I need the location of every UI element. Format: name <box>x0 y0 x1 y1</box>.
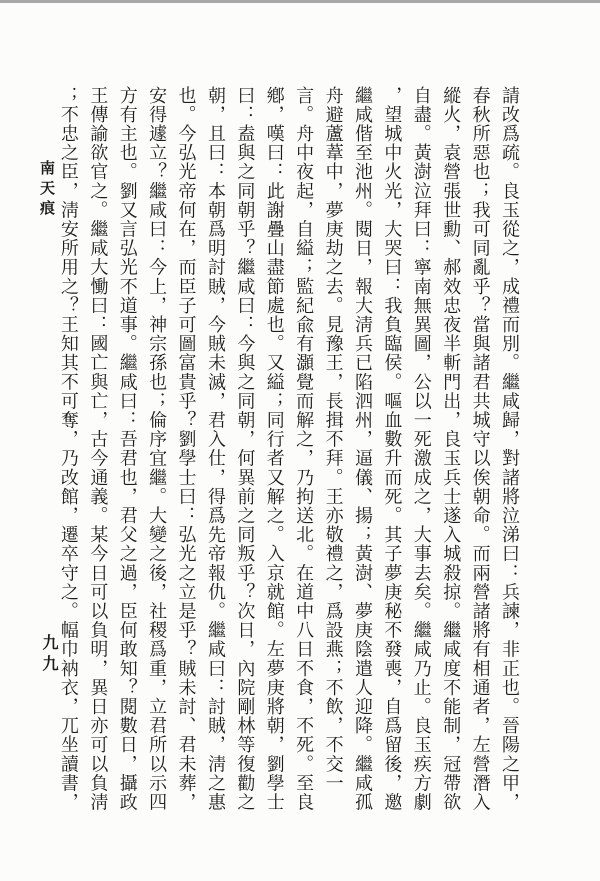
text-column-2: 春秋所惡也；我可同亂乎？當與諸君共城守以俟朝命。而兩營諸將有相通者，左營潛入 <box>465 86 494 826</box>
text-column-9: 鄕，嘆曰：此謝疊山盡節處也。又縊；同行者又解之。入京就館。左夢庚將朝，劉學士 <box>259 86 288 826</box>
text-column-10: 曰：盍與之同朝乎？繼咸曰：今與之同朝，何異前之同叛乎？次日，內院剛林等復勸之 <box>230 86 259 826</box>
text-column-16: ；不忠之臣，淸安所用之？王知其不可奪，乃改館，遷卒守之。幅巾衲衣，兀坐讀書， <box>54 86 83 826</box>
text-column-15: 王傳諭欲官之。繼咸大慟曰：國亡與亡，古今通義。某今日可以負明，異日亦可以負淸 <box>83 86 112 826</box>
text-column-4: 自盡。黃澍泣拜曰：寧南無異圖，公以一死激成之，大事去矣。繼咸乃止。良玉疾方劇 <box>406 86 435 826</box>
text-column-8: 言。舟中夜起，自縊；監紀兪有灝覺而解之，乃拘送北。在道中八日不食，不死。至良 <box>289 86 318 826</box>
text-column-13: 安得遽立？繼咸曰：今上，神宗孫也；倫序宜繼。大變之後，社稷爲重，立君所以示四 <box>142 86 171 826</box>
text-block: 請改爲疏。良玉從之，成禮而別。繼咸歸，對諸將泣涕曰：兵諫，非正也。晉陽之甲， 春… <box>54 86 525 831</box>
text-column-7: 舟避蘆葦中，夢庚劫之去。見豫王，長揖不拜。王亦敬禮之，爲設燕；不飲，不交一 <box>318 86 347 826</box>
book-page: 南天痕 九九 請改爲疏。良玉從之，成禮而別。繼咸歸，對諸將泣涕曰：兵諫，非正也。… <box>0 0 600 881</box>
text-column-14: 方有主也。劉又言弘光不道事。繼咸曰：吾君也，君父之過，臣何敢知？閱數日，攝政 <box>112 86 141 826</box>
text-column-6: 繼咸偕至池州。閱日，報大淸兵已陷泗州，逼儀、揚；黃澍、夢庚陰遣人迎降。繼咸孤 <box>348 86 377 826</box>
scan-edge-strip <box>0 0 600 3</box>
text-column-11: 朝，且曰：本朝爲明討賊，今賊未滅，君入仕，得爲先帝報仇。繼咸曰：討賊，淸之惠 <box>201 86 230 826</box>
text-column-5: ，望城中火光，大哭曰：我負臨侯。嘔血數升而死。其子夢庚秘不發喪，自爲留後，邀 <box>377 86 406 826</box>
text-column-1: 請改爲疏。良玉從之，成禮而別。繼咸歸，對諸將泣涕曰：兵諫，非正也。晉陽之甲， <box>495 86 524 826</box>
text-column-3: 縱火，袁營張世勳、郝效忠夜半斬門出，良玉兵士遂入城殺掠。繼咸度不能制，冠帶欲 <box>436 86 465 826</box>
text-column-12: 也。今弘光帝何在，而臣子可圖富貴乎？劉學士曰：弘光之立是乎？賊未討、君未葬， <box>171 86 200 826</box>
